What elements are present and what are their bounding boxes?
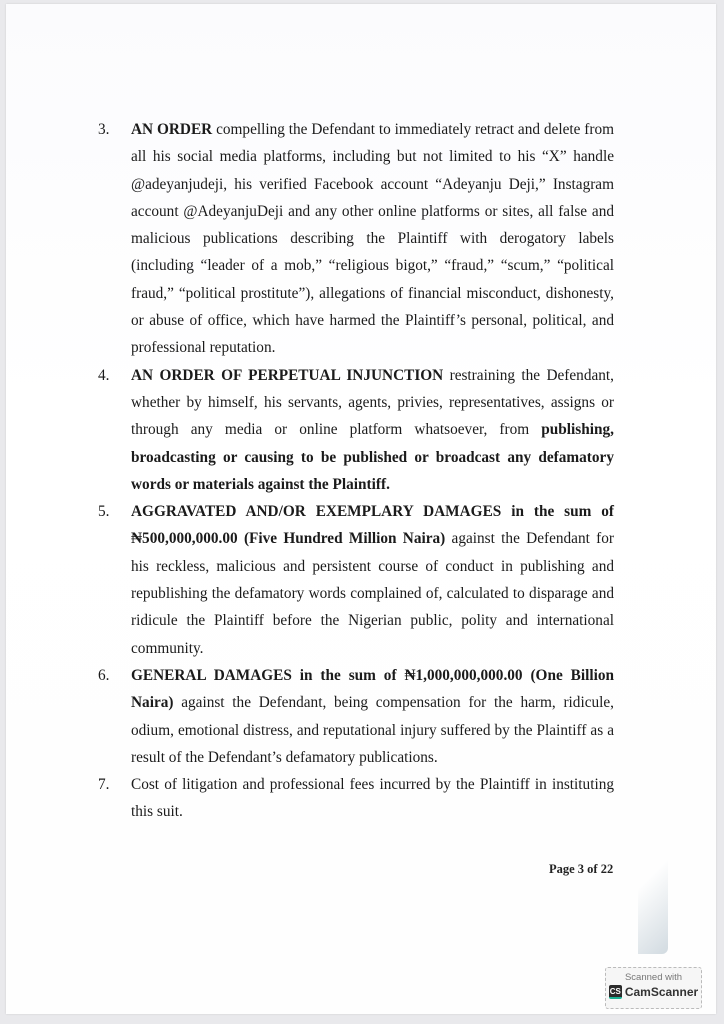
scanned-page: 3. AN ORDER compelling the Defendant to … bbox=[6, 4, 716, 1014]
relief-item-6: 6. GENERAL DAMAGES in the sum of ₦1,000,… bbox=[98, 662, 614, 771]
item-amount: ₦500,000,000.00 (Five Hundred Million Na… bbox=[131, 530, 445, 547]
watermark-caption: Scanned with bbox=[606, 972, 701, 983]
item-text: compelling the Defendant to immediately … bbox=[131, 121, 614, 356]
relief-item-5: 5. AGGRAVATED AND/OR EXEMPLARY DAMAGES i… bbox=[98, 498, 614, 662]
relief-item-3: 3. AN ORDER compelling the Defendant to … bbox=[98, 116, 614, 362]
item-number: 5. bbox=[98, 498, 128, 525]
item-text: against the Defendant, being compensatio… bbox=[131, 694, 614, 766]
watermark-brand: CamScanner bbox=[625, 985, 698, 999]
camscanner-watermark: Scanned with CS CamScanner bbox=[605, 967, 702, 1009]
item-number: 7. bbox=[98, 771, 128, 798]
camscanner-logo-icon: CS bbox=[609, 985, 622, 999]
relief-item-7: 7. Cost of litigation and professional f… bbox=[98, 771, 614, 826]
item-mid: in the sum of bbox=[501, 503, 614, 520]
page-number: Page 3 of 22 bbox=[549, 862, 613, 877]
item-lead: AN ORDER bbox=[131, 121, 212, 138]
item-number: 3. bbox=[98, 116, 128, 143]
item-lead: AN ORDER OF PERPETUAL INJUNCTION bbox=[131, 367, 443, 384]
item-text: Cost of litigation and professional fees… bbox=[131, 776, 614, 820]
page-curl-shadow bbox=[638, 824, 668, 954]
item-number: 6. bbox=[98, 662, 128, 689]
item-lead: AGGRAVATED AND/OR EXEMPLARY DAMAGES bbox=[131, 503, 501, 520]
reliefs-list: 3. AN ORDER compelling the Defendant to … bbox=[98, 116, 614, 826]
item-text: against the Defendant for his reckless, … bbox=[131, 530, 614, 656]
item-number: 4. bbox=[98, 362, 128, 389]
relief-item-4: 4. AN ORDER OF PERPETUAL INJUNCTION rest… bbox=[98, 362, 614, 498]
